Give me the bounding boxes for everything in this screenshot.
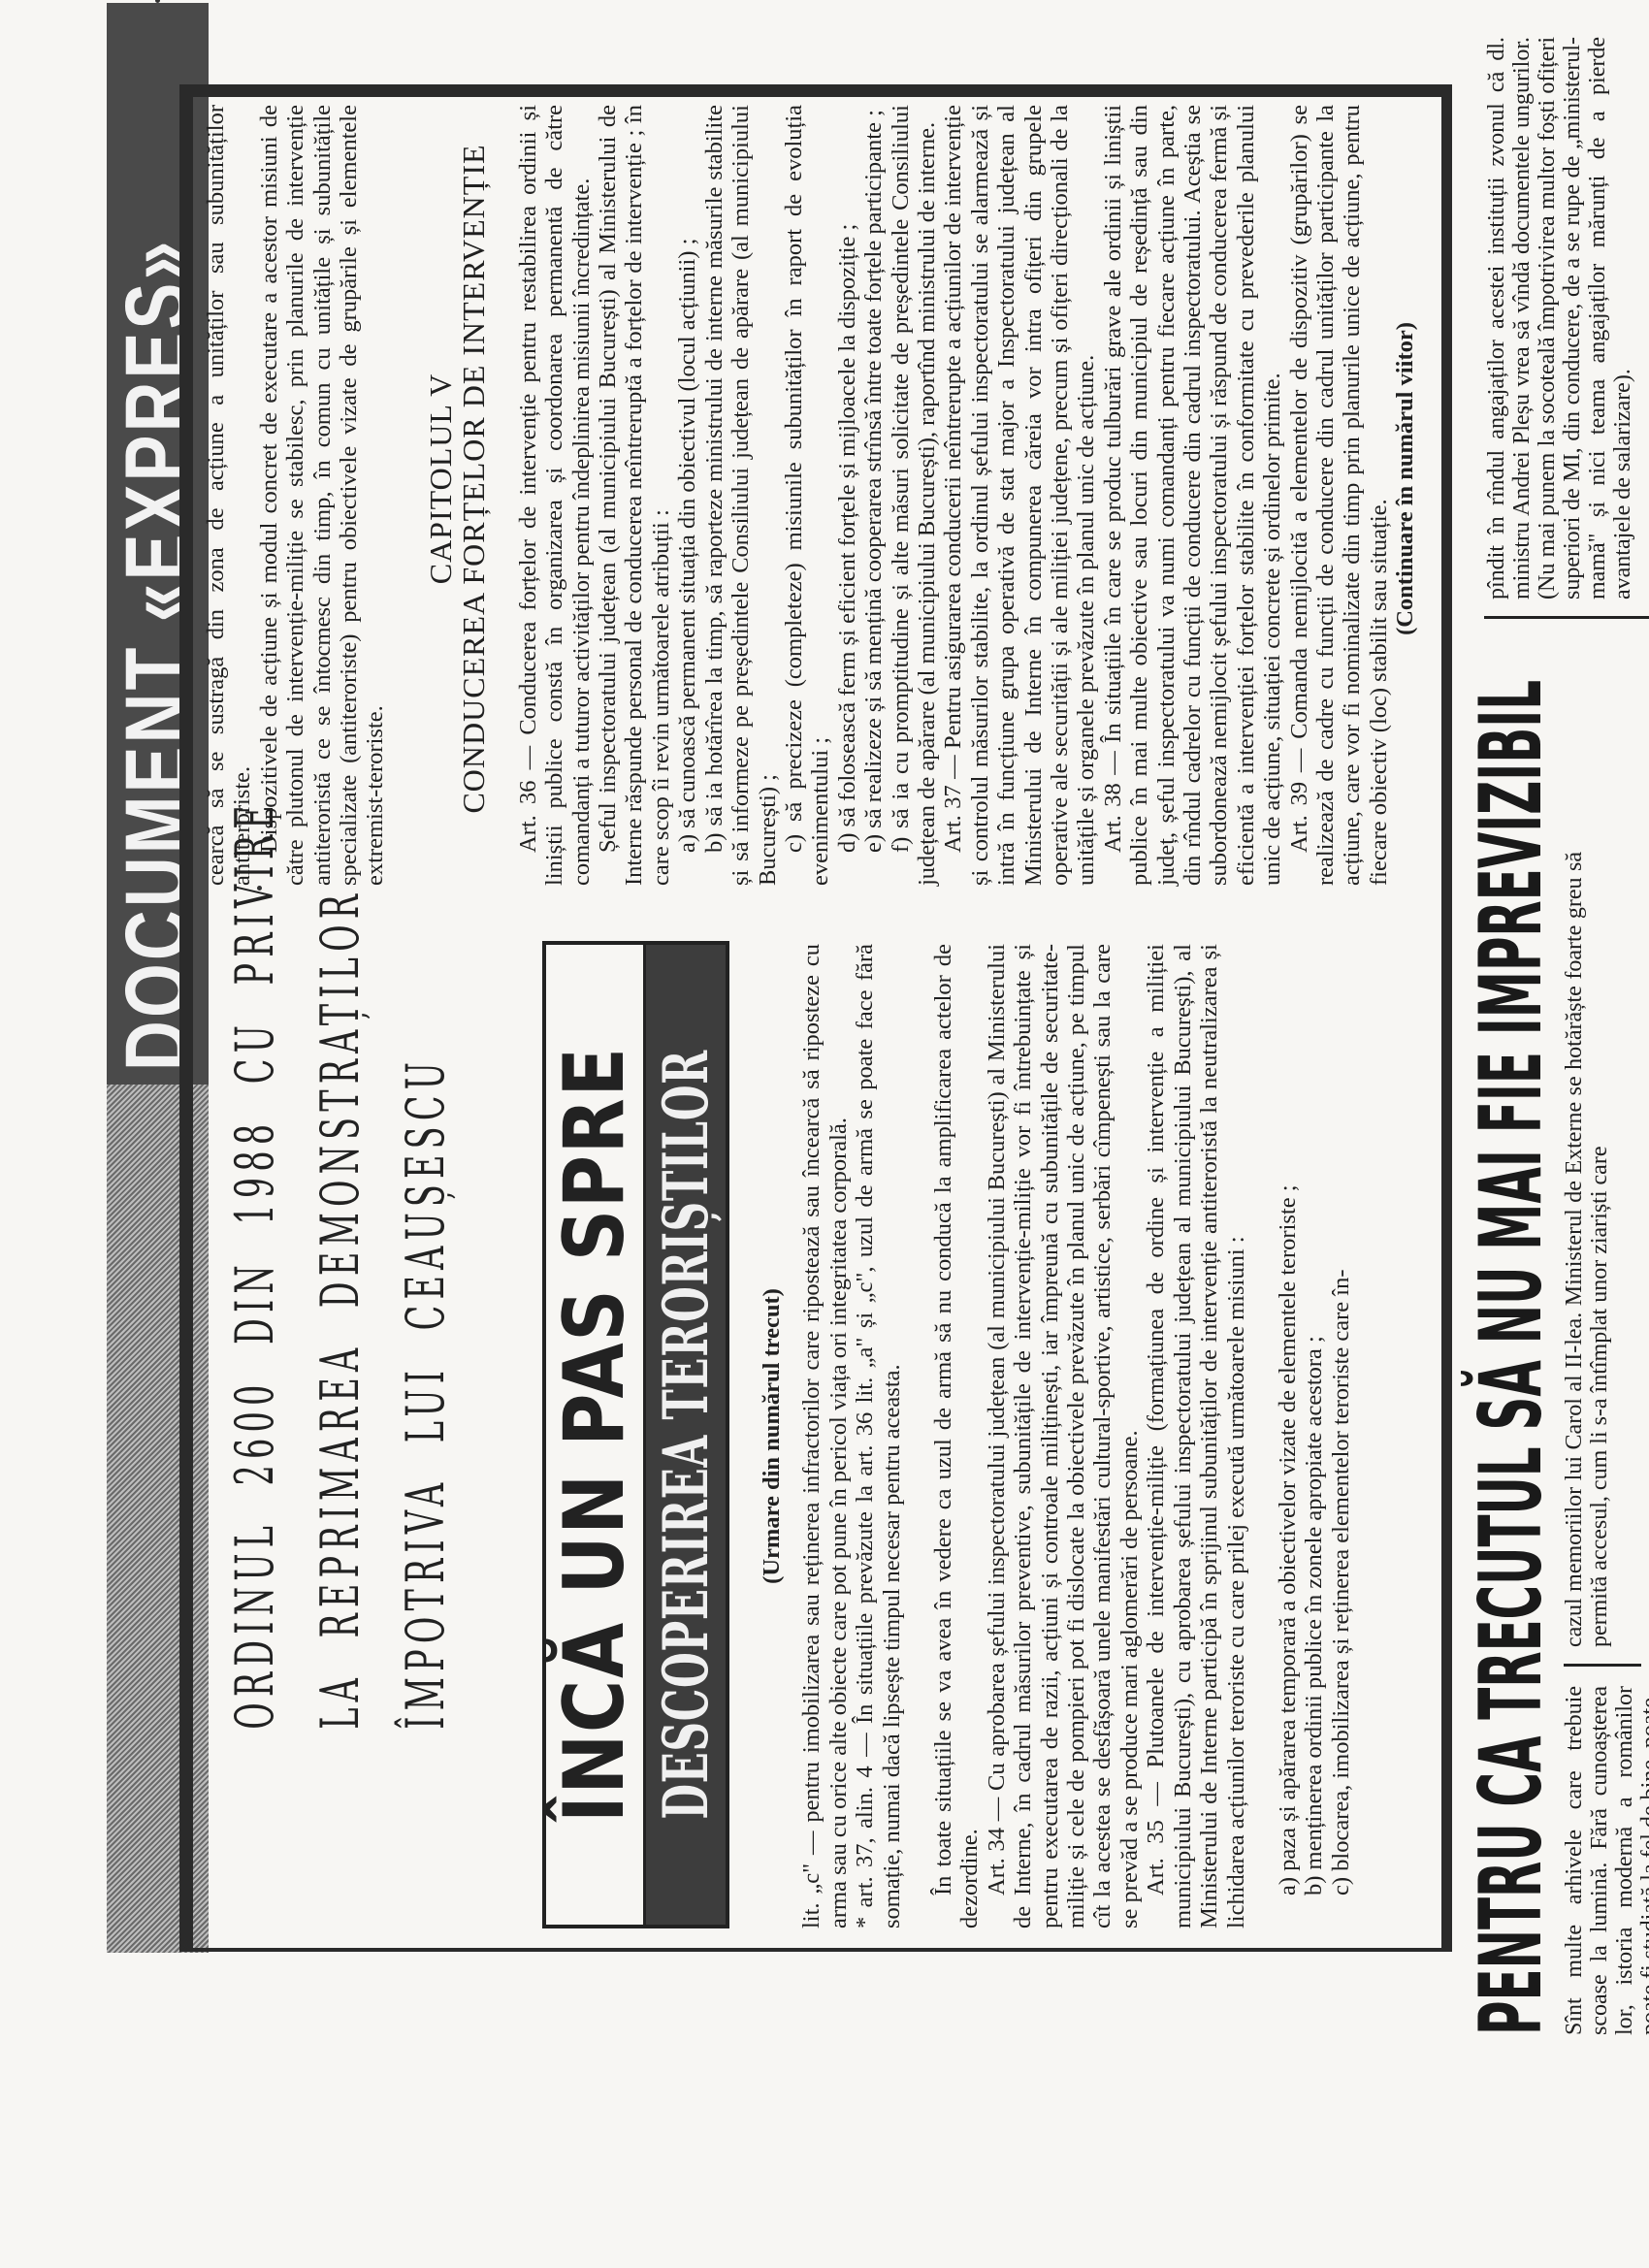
- continued-in-note: (Continuare în numărul viitor): [1392, 105, 1418, 886]
- secondary-article-title: PENTRU CA TRECUTUL SĂ NU MAI FIE IMPREVI…: [1461, 680, 1561, 2035]
- list-item: f) să ia cu promptitudine și alte măsuri…: [888, 105, 941, 886]
- paragraph-art-36: Art. 36 — Conducerea forțelor de interve…: [515, 105, 595, 886]
- paragraph-art-38: Art. 38 — În situațiile în care se produ…: [1100, 105, 1286, 886]
- secondary-column-2: cazul memoriilor lui Carol al II-lea. Mi…: [1562, 852, 1612, 1647]
- scan-speck: [257, 886, 262, 891]
- secondary-column-1: Sînt multe arhivele care trebuie scoase …: [1562, 1686, 1649, 2035]
- list-item: b) să ia hotărîrea la timp, să raporteze…: [701, 105, 781, 886]
- title-line-1: ORDINUL 2600 DIN 1988 CU PRIVIRE: [212, 1080, 298, 1730]
- headline-top-text: ÎNCĂ UN PAS SPRE: [546, 1047, 643, 1824]
- left-column: (Urmare din numărul trecut) lit. „c" — p…: [751, 944, 1354, 1928]
- list-item: d) să folosească ferm și eficient forțel…: [834, 105, 860, 886]
- chapter-number: CAPITOLUL V: [424, 105, 457, 886]
- list-item: c) să precizeze (completeze) misiunile s…: [781, 105, 834, 886]
- headline-bottom: DESCOPERIREA TERORIȘTILOR: [646, 945, 726, 1925]
- column-divider: [1564, 1664, 1641, 1667]
- paragraph: În toate situațiile se va avea în vedere…: [930, 944, 984, 1928]
- headline-bottom-text: DESCOPERIREA TERORIȘTILOR: [650, 1050, 723, 1820]
- continued-from-note: (Urmare din numărul trecut): [759, 944, 785, 1928]
- title-line-2: LA REPRIMAREA DEMONSTRAȚILOR: [298, 1080, 383, 1730]
- paragraph: * art. 37, alin. 4 — În situațiile prevă…: [852, 944, 905, 1928]
- article-title: ORDINUL 2600 DIN 1988 CU PRIVIRE LA REPR…: [212, 881, 469, 1928]
- list-item: a) să cunoască permanent situația din ob…: [674, 105, 700, 886]
- right-column: cearcă să se sustragă din zona de acțiun…: [203, 105, 1419, 886]
- paragraph-art-34: Art. 34 — Cu aprobarea șefului inspector…: [984, 944, 1143, 1928]
- main-article-frame: ORDINUL 2600 DIN 1988 CU PRIVIRE LA REPR…: [179, 84, 1452, 1952]
- secondary-article-title-box: PENTRU CA TRECUTUL SĂ NU MAI FIE IMPREVI…: [1465, 774, 1557, 2035]
- title-line-3: ÎMPOTRIVA LUI CEAUȘESCU: [383, 1080, 469, 1730]
- paragraph: Șeful inspectoratului județean (al munic…: [595, 105, 674, 886]
- list-item: c) blocarea, imobilizarea și reținerea e…: [1328, 944, 1354, 1928]
- paragraph: cearcă să se sustragă din zona de acțiun…: [203, 105, 256, 886]
- headline-top: ÎNCĂ UN PAS SPRE: [546, 945, 646, 1925]
- column-divider: [1484, 616, 1649, 619]
- paragraph-art-37: Art. 37 — Pentru asigurarea conducerii n…: [940, 105, 1099, 886]
- chapter-title: CONDUCEREA FORȚELOR DE INTERVENȚIE: [457, 105, 490, 886]
- newspaper-page: DOCUMENT «EXPRES» ORDINUL 2600 DIN 1988 …: [0, 0, 1649, 2268]
- secondary-column-3: pîndit în rîndul angajaților acestei ins…: [1484, 37, 1635, 599]
- paragraph: Dispozitivele de acțiune și modul concre…: [256, 105, 389, 886]
- paragraph-art-35: Art. 35 — Plutoanele de intervenție-mili…: [1143, 944, 1249, 1928]
- paragraph: lit. „c" — pentru imobilizarea sau rețin…: [798, 944, 852, 1928]
- list-item: a) paza și apărarea temporară a obiectiv…: [1275, 944, 1301, 1928]
- headline-box: ÎNCĂ UN PAS SPRE DESCOPERIREA TERORIȘTIL…: [542, 941, 729, 1928]
- secondary-article: PENTRU CA TRECUTUL SĂ NU MAI FIE IMPREVI…: [1465, 8, 1649, 2035]
- list-item: e) să realizeze și să mențină cooperarea…: [860, 105, 887, 886]
- list-item: b) menținerea ordinii publice în zonele …: [1301, 944, 1327, 1928]
- paragraph-art-39: Art. 39 — Comanda nemijlocită a elemente…: [1286, 105, 1393, 886]
